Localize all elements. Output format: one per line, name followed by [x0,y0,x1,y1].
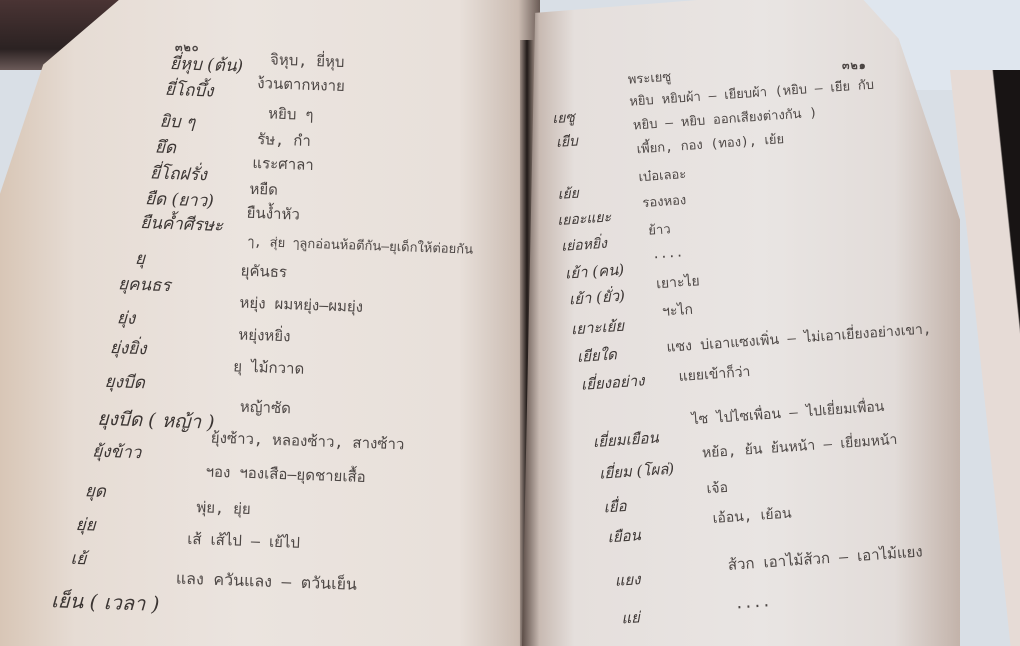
definition: ส้วก เอาไม้ส้วก – เอาไม้แยง [727,539,923,577]
headword: แย่ [621,605,641,630]
definition: ยุ้งซ้าว, หลองซ้าว, สางซ้าว [210,426,404,457]
headword: เยอะแยะ [557,206,612,232]
headword: ยุคนธร [118,270,171,299]
headword: ยุ่ย [75,511,96,539]
headword: ยิบ ๆ [159,108,195,136]
definition: ๅ, สุ่ย ๅลูกอ่อนห้อตีกัน–ยุเด็กให้ต่อยกั… [247,231,473,260]
headword: ยี่โถฝรั่ง [150,159,208,188]
headword: เย้า (คน) [564,258,625,286]
headword: ยี่โถบึ้ง [165,76,214,105]
headword: ยุ้งข้าว [92,438,142,467]
headword: ยุงบีด ( หญ้า ) [97,404,215,438]
definition: แระศาลา [252,151,314,177]
definition: แซง บ่เอาแซงเพิ่น – ไม่เอาเยี่ยงอย่างเขา… [666,318,932,358]
headword: ยุ [135,245,146,272]
headword: เยซู [552,107,576,131]
definition: หยิบ ๆ [268,101,314,127]
definition: เจ้อ [706,477,729,500]
headword: เยาะเย้ย [570,314,625,342]
definition: ไซ ไปไซเพื่อน – ไปเยี่ยมเพื่อน [691,396,885,431]
definition: แลง ควันแลง – ตวันเย็น [175,566,357,597]
headword: เย้ย [557,183,580,206]
book-back-cover [950,70,1020,646]
definition: หยุ่งหยิ่ง [238,323,291,349]
definition: พระเยซู [627,66,672,90]
headword: เยี่ยมเยือน [592,426,659,455]
definition: ยืนง้ำหัว [246,201,300,227]
definition: .... [652,245,684,262]
headword: เย่อหยิ่ง [561,233,608,258]
definition: หยุ่ง ผมหยุ่ง–ผมยุ่ง [239,291,363,319]
definition: หญ้าซัด [240,395,292,421]
definition: ฯะไก [661,299,693,323]
right-page: ๓๒๑ พระเยซู เยซู หยิบ หยิบผ้า – เยียบผ้า… [522,0,960,646]
definition: เอ้อน, เย้อน [712,502,792,529]
definition: หย้อ, ย้น ย้นหน้า – เยี่ยมหน้า [701,429,898,465]
headword: ยี่หุบ (ต้น) [169,50,243,80]
headword: เย้า (ยั่ว) [568,284,626,312]
definition: หยืด [249,177,278,202]
headword: เยื่อ [603,494,628,520]
headword: ยุงบีด [104,368,145,396]
definition: รองหอง [642,189,687,213]
headword: ยุ่ง [117,304,136,332]
definition: เยาะไย [655,270,700,295]
definition: จิหุบ, ยี่หุบ [270,47,345,74]
definition: แยยเข้าก็ว่า [678,361,751,388]
definition: ง้วนตากหงาย [257,71,345,98]
definition: ยุ ไม้กวาด [233,354,305,380]
definition: ย้าว [648,218,672,240]
headword: เยี่ยม (โผล่) [598,457,675,486]
headword: ยืนค้ำศีรษะ [140,209,224,239]
headword: ยุ่งยิ่ง [109,334,146,362]
definition: พุ่ย, ยุ่ย [196,495,251,521]
headword: เยียใด [576,342,617,369]
headword: เย็น ( เวลา ) [51,584,161,620]
headword: ยุด [84,477,106,505]
definition: รัษ, กำ [257,127,311,153]
definition: .... [734,592,771,612]
definition: เบ๋อเลอะ [638,163,687,187]
headword: ยึด [154,134,176,162]
definition: ฯอง ฯองเสือ–ยุดชายเสื้อ [205,459,366,489]
headword: เยี่ยงอย่าง [580,368,645,396]
headword: เยือน [607,523,642,549]
headword: เยีบ [555,130,578,153]
headword: เย้ [70,545,87,573]
definition: เส้ เส้ไป – เย้ไป [187,527,301,555]
headword: แยง [614,567,641,593]
definition: ยุคันธร [240,259,287,285]
left-page: ๓๒๐ ยี่หุบ (ต้น) จิหุบ, ยี่หุบ ยี่โถบึ้ง… [0,0,540,646]
page-number: ๓๒๑ [842,56,867,74]
